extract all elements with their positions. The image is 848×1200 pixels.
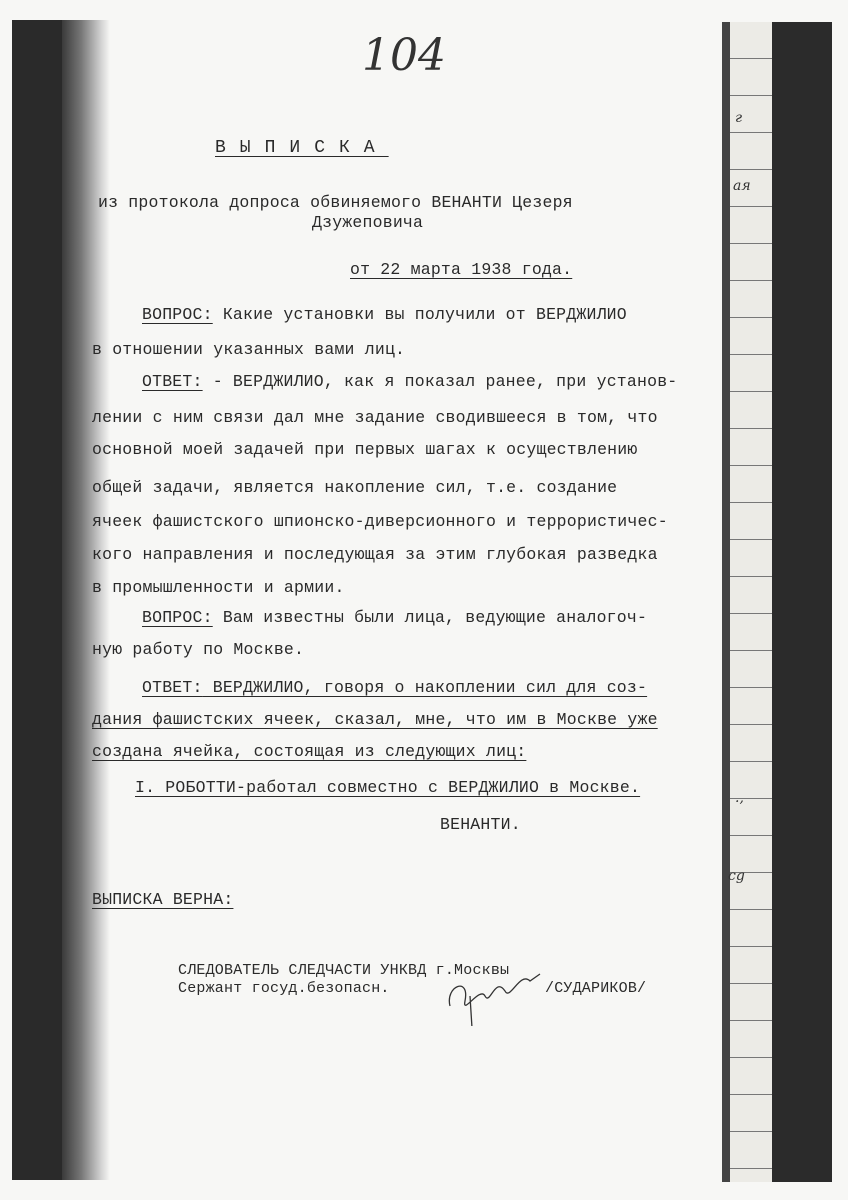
line-text: дания фашистских ячеек, сказал, мне, что…: [92, 710, 658, 729]
handwritten-page-number: 104: [362, 30, 446, 81]
document-title: ВЫПИСКА: [215, 138, 389, 158]
qa-label: ВОПРОС:: [142, 305, 213, 324]
body-line: в промышленности и армии.: [92, 578, 345, 597]
line-text: создана ячейка, состоящая из следующих л…: [92, 742, 526, 761]
margin-note: .,: [735, 790, 744, 806]
binding-margin: [730, 22, 772, 1182]
handwritten-signature: [440, 966, 550, 1026]
body-line: кого направления и последующая за этим г…: [92, 545, 658, 564]
body-line: ВОПРОС: Вам известны были лица, ведующие…: [142, 608, 647, 627]
body-line: ную работу по Москве.: [92, 640, 304, 659]
scanned-document-page: 104 ВЫПИСКА из протокола допроса обвиняе…: [0, 0, 848, 1200]
investigator-name: /СУДАРИКОВ/: [545, 980, 646, 997]
body-line: создана ячейка, состоящая из следующих л…: [92, 742, 526, 761]
line-text: в промышленности и армии.: [92, 578, 345, 597]
document-date: от 22 марта 1938 года.: [350, 260, 572, 279]
line-text: - ВЕРДЖИЛИО, как я показал ранее, при ус…: [203, 372, 678, 391]
margin-note: г: [735, 110, 742, 126]
body-line: основной моей задачей при первых шагах к…: [92, 440, 638, 459]
line-text: общей задачи, является накопление сил, т…: [92, 478, 617, 497]
line-text: лении с ним связи дал мне задание сводив…: [92, 408, 658, 427]
margin-note: сg: [728, 868, 745, 884]
qa-label: ВОПРОС:: [142, 608, 213, 627]
certified-label: ВЫПИСКА ВЕРНА:: [92, 890, 233, 909]
qa-label: ОТВЕТ:: [142, 678, 203, 697]
line-text: Какие установки вы получили от ВЕРДЖИЛИО: [213, 305, 627, 324]
body-line: ячеек фашистского шпионско-диверсионного…: [92, 512, 668, 531]
signature-name: ВЕНАНТИ.: [440, 815, 521, 834]
scan-right-shadow: [772, 22, 832, 1182]
body-line: ОТВЕТ: - ВЕРДЖИЛИО, как я показал ранее,…: [142, 372, 677, 391]
body-line: ВОПРОС: Какие установки вы получили от В…: [142, 305, 627, 324]
line-text: ВЕРДЖИЛИО, говоря о накоплении сил для с…: [203, 678, 647, 697]
body-line: I. РОБОТТИ-работал совместно с ВЕРДЖИЛИО…: [135, 778, 640, 797]
binding-edge: [722, 22, 730, 1182]
qa-label: ОТВЕТ:: [142, 372, 203, 391]
body-line: ОТВЕТ: ВЕРДЖИЛИО, говоря о накоплении си…: [142, 678, 647, 697]
document-subtitle: из протокола допроса обвиняемого ВЕНАНТИ…: [98, 193, 573, 212]
scan-left-shadow: [12, 20, 62, 1180]
investigator-rank: Сержант госуд.безопасн.: [178, 980, 390, 997]
body-line: лении с ним связи дал мне задание сводив…: [92, 408, 658, 427]
line-text: ную работу по Москве.: [92, 640, 304, 659]
line-text: в отношении указанных вами лиц.: [92, 340, 405, 359]
line-text: Вам известны были лица, ведующие аналого…: [213, 608, 647, 627]
document-subtitle-cont: Дзужеповича: [312, 213, 423, 232]
body-line: общей задачи, является накопление сил, т…: [92, 478, 617, 497]
line-text: I. РОБОТТИ-работал совместно с ВЕРДЖИЛИО…: [135, 778, 640, 797]
line-text: основной моей задачей при первых шагах к…: [92, 440, 638, 459]
body-line: в отношении указанных вами лиц.: [92, 340, 405, 359]
line-text: ячеек фашистского шпионско-диверсионного…: [92, 512, 668, 531]
margin-note: ая: [733, 178, 751, 194]
body-line: дания фашистских ячеек, сказал, мне, что…: [92, 710, 658, 729]
line-text: кого направления и последующая за этим г…: [92, 545, 658, 564]
